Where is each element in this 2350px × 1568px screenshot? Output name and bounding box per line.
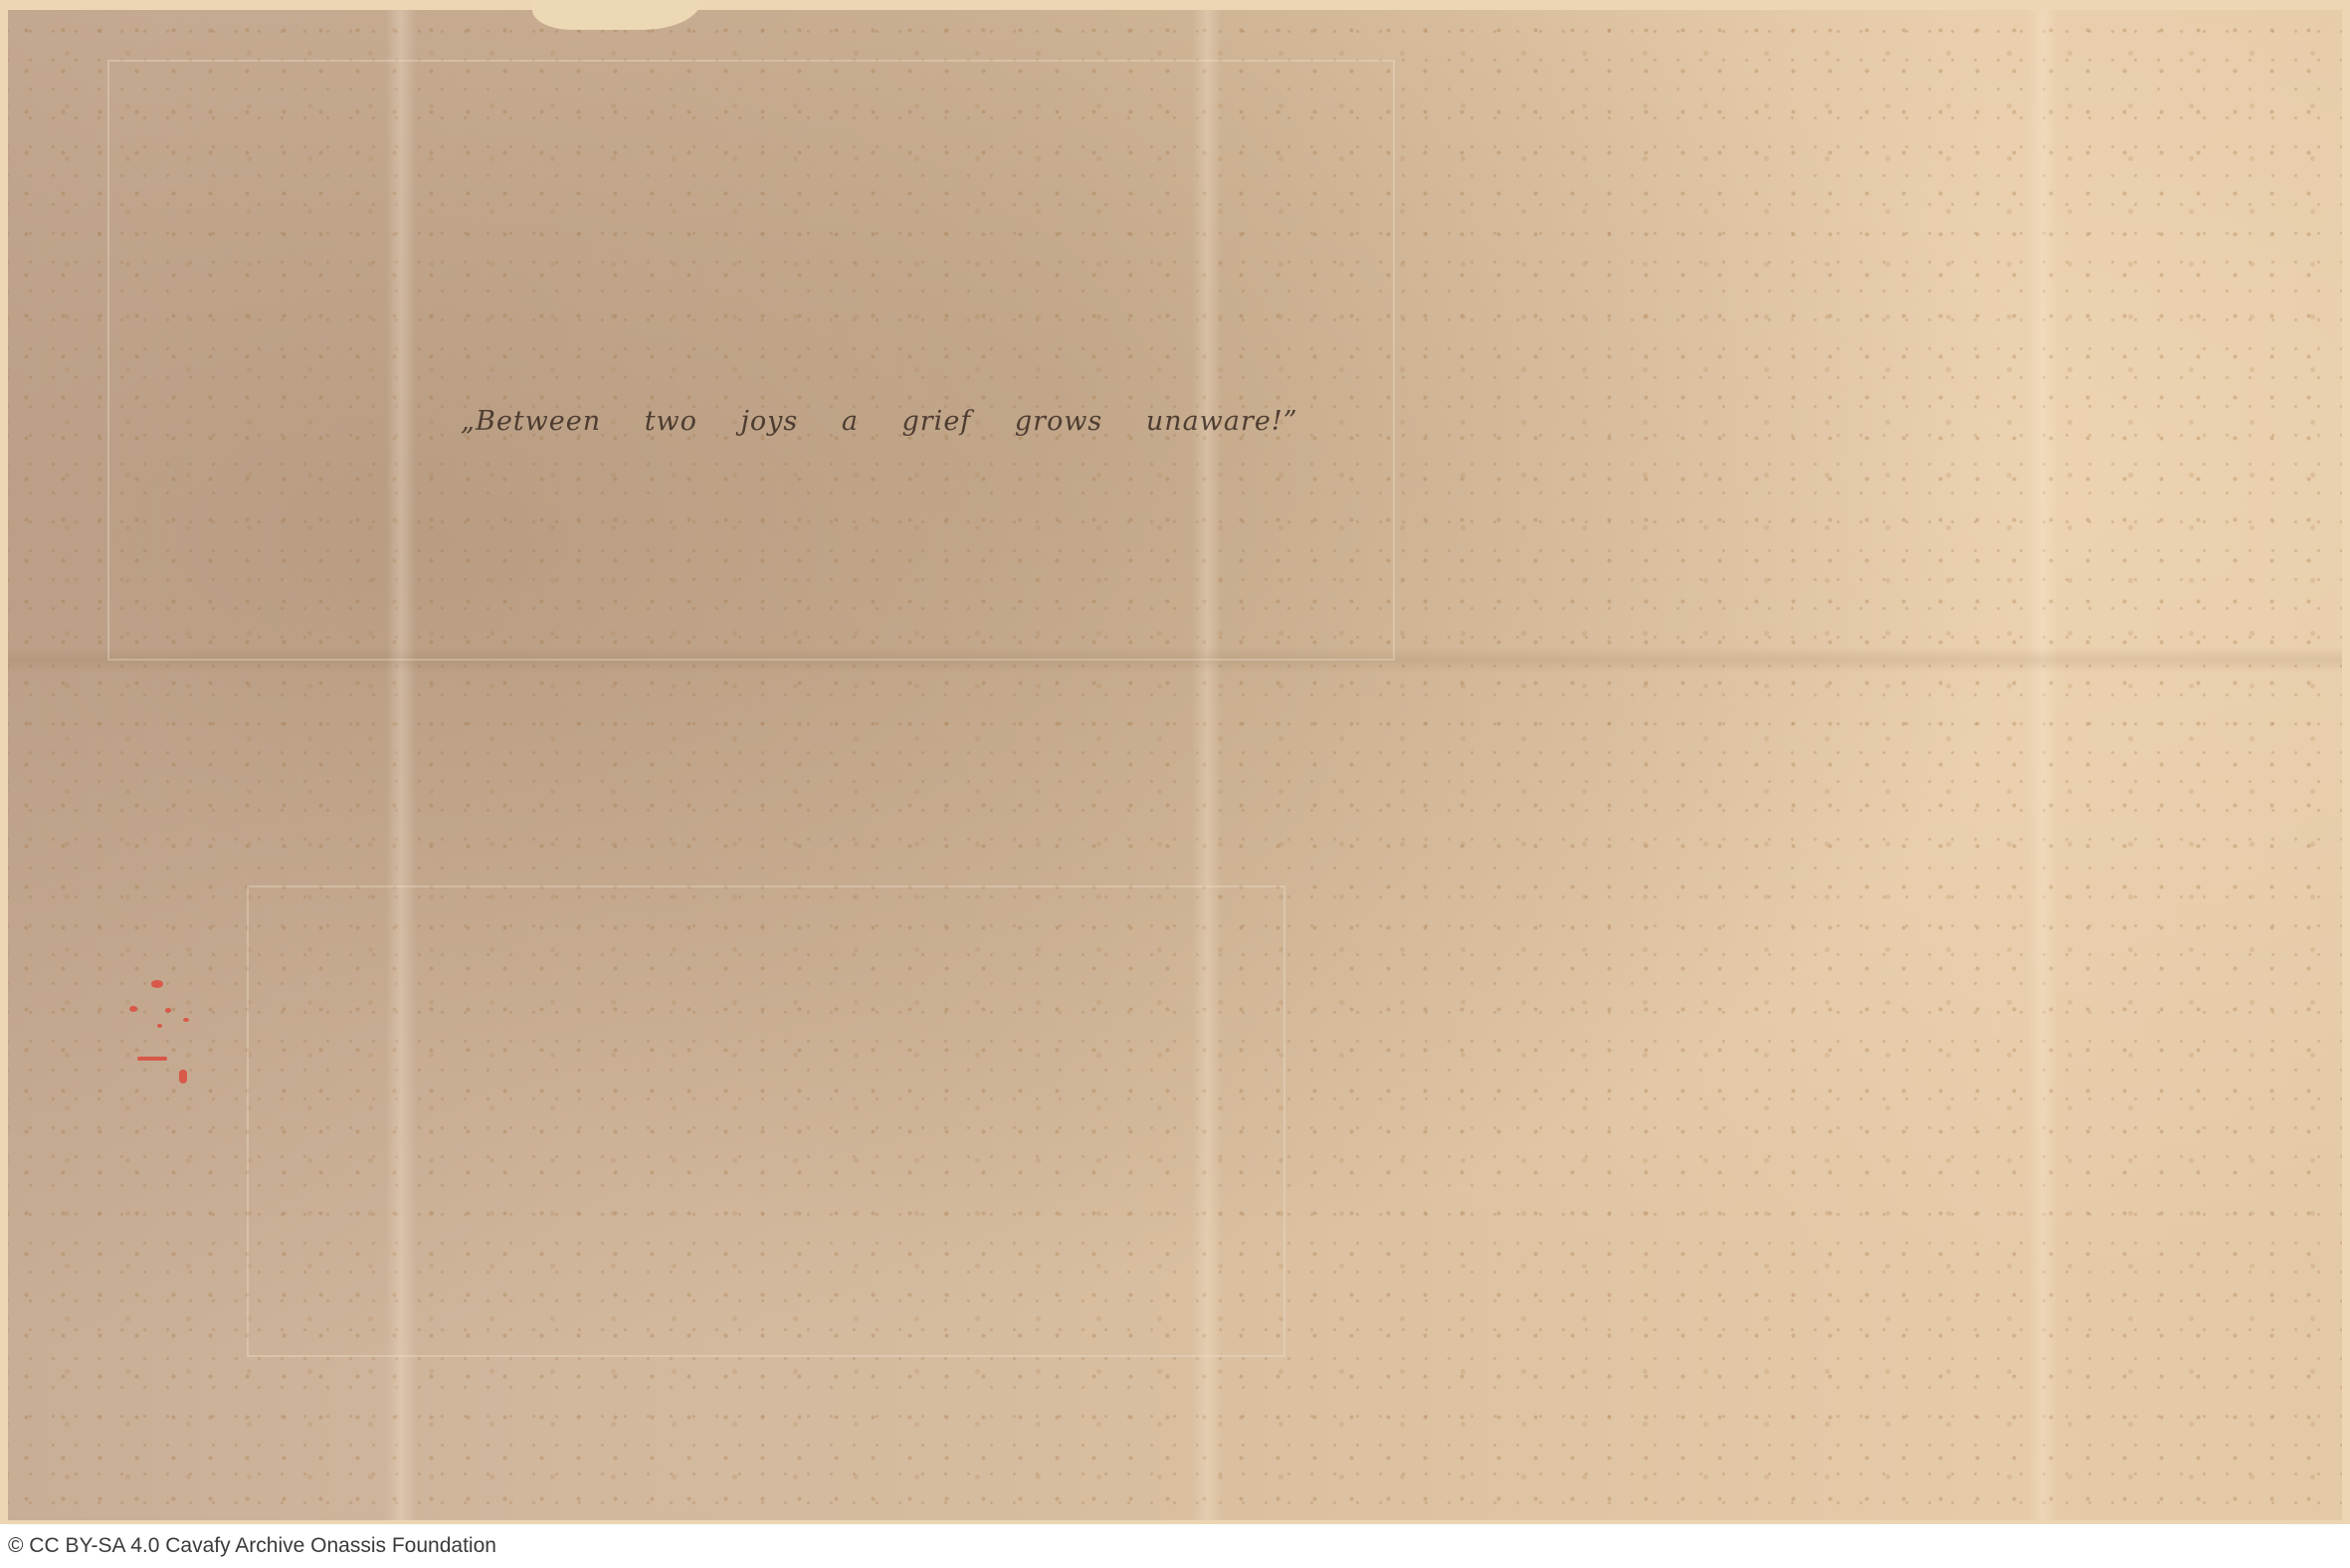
red-ink-spots — [127, 980, 207, 1099]
copyright-caption: © CC BY-SA 4.0 Cavafy Archive Onassis Fo… — [8, 1530, 496, 1562]
offset-frame — [107, 60, 1395, 661]
offset-frame — [247, 885, 1285, 1357]
fold-line — [2028, 10, 2057, 1520]
paper-sheet: „Between two joys a grief grows unaware!… — [8, 10, 2342, 1520]
scanned-page: „Between two joys a grief grows unaware!… — [0, 0, 2350, 1524]
handwritten-quote: „Between two joys a grief grows unaware!… — [461, 406, 1356, 466]
